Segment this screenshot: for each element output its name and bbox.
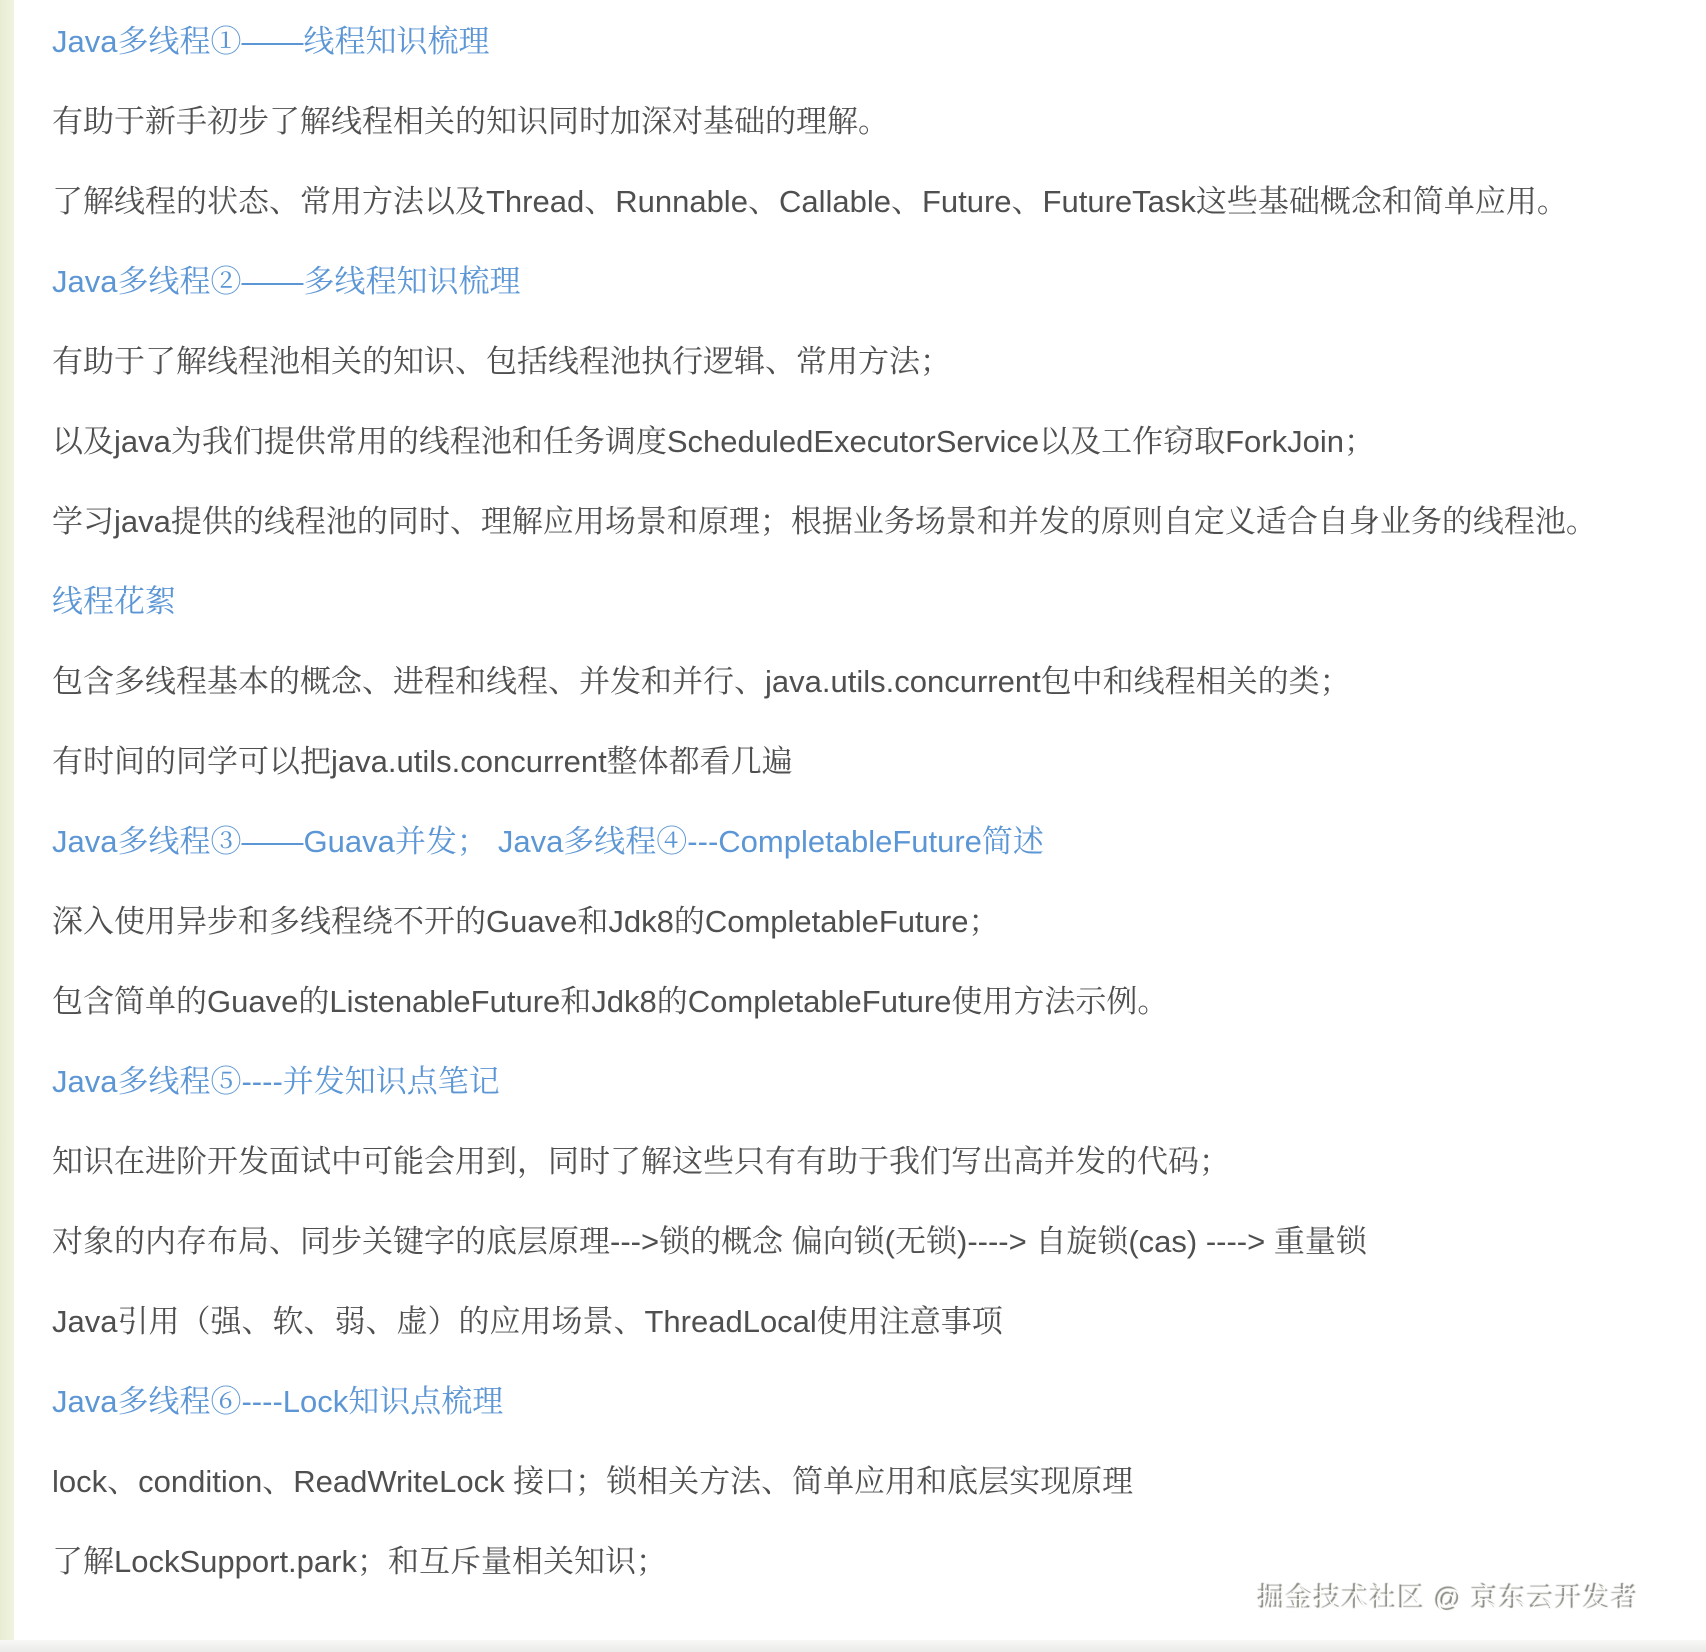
article-line: 了解线程的状态、常用方法以及Thread、Runnable、Callable、F… — [52, 162, 1706, 242]
paragraph-text: 以及java为我们提供常用的线程池和任务调度ScheduledExecutorS… — [52, 424, 1375, 459]
page-edge-bottom-strip — [0, 1640, 1706, 1652]
article-line: Java多线程⑤----并发知识点笔记 — [52, 1042, 1706, 1122]
paragraph-text: 了解LockSupport.park；和互斥量相关知识； — [52, 1544, 667, 1579]
paragraph-text: 包含多线程基本的概念、进程和线程、并发和并行、java.utils.concur… — [52, 664, 1351, 699]
paragraph-text: 有助于了解线程池相关的知识、包括线程池执行逻辑、常用方法； — [52, 344, 951, 379]
article-line: 以及java为我们提供常用的线程池和任务调度ScheduledExecutorS… — [52, 402, 1706, 482]
article-content: Java多线程①——线程知识梳理有助于新手初步了解线程相关的知识同时加深对基础的… — [0, 0, 1706, 1602]
article-line: 有助于了解线程池相关的知识、包括线程池执行逻辑、常用方法； — [52, 322, 1706, 402]
paragraph-text: 学习java提供的线程池的同时、理解应用场景和原理；根据业务场景和并发的原则自定… — [52, 504, 1597, 539]
article-line: 学习java提供的线程池的同时、理解应用场景和原理；根据业务场景和并发的原则自定… — [52, 482, 1706, 562]
article-line: 深入使用异步和多线程绕不开的Guave和Jdk8的CompletableFutu… — [52, 882, 1706, 962]
article-link[interactable]: Java多线程④---CompletableFuture简述 — [498, 824, 1044, 859]
paragraph-text: Java引用（强、软、弱、虚）的应用场景、ThreadLocal使用注意事项 — [52, 1304, 1003, 1339]
paragraph-text: 了解线程的状态、常用方法以及Thread、Runnable、Callable、F… — [52, 184, 1568, 219]
paragraph-text: 有助于新手初步了解线程相关的知识同时加深对基础的理解。 — [52, 104, 889, 139]
article-line: 有助于新手初步了解线程相关的知识同时加深对基础的理解。 — [52, 82, 1706, 162]
article-line: 包含简单的Guave的ListenableFuture和Jdk8的Complet… — [52, 962, 1706, 1042]
paragraph-text: 对象的内存布局、同步关键字的底层原理--->锁的概念 偏向锁(无锁)----> … — [52, 1224, 1367, 1259]
paragraph-text: 深入使用异步和多线程绕不开的Guave和Jdk8的CompletableFutu… — [52, 904, 999, 939]
article-link[interactable]: Java多线程①——线程知识梳理 — [52, 24, 489, 59]
page-root: { "page": { "watermark": "掘金技术社区 @ 京东云开发… — [0, 0, 1706, 1652]
paragraph-text: 包含简单的Guave的ListenableFuture和Jdk8的Complet… — [52, 984, 1168, 1019]
article-line: Java引用（强、软、弱、虚）的应用场景、ThreadLocal使用注意事项 — [52, 1282, 1706, 1362]
article-link[interactable]: Java多线程②——多线程知识梳理 — [52, 264, 520, 299]
article-line: 线程花絮 — [52, 562, 1706, 642]
article-link[interactable]: Java多线程⑤----并发知识点笔记 — [52, 1064, 500, 1099]
article-line: Java多线程②——多线程知识梳理 — [52, 242, 1706, 322]
article-line: 有时间的同学可以把java.utils.concurrent整体都看几遍 — [52, 722, 1706, 802]
article-link[interactable]: Java多线程⑥----Lock知识点梳理 — [52, 1384, 503, 1419]
watermark: 掘金技术社区 @ 京东云开发者 — [1259, 1577, 1640, 1616]
article-line: Java多线程⑥----Lock知识点梳理 — [52, 1362, 1706, 1442]
article-line: 对象的内存布局、同步关键字的底层原理--->锁的概念 偏向锁(无锁)----> … — [52, 1202, 1706, 1282]
paragraph-text: lock、condition、ReadWriteLock 接口；锁相关方法、简单… — [52, 1464, 1133, 1499]
paragraph-text: 知识在进阶开发面试中可能会用到，同时了解这些只有有助于我们写出高并发的代码； — [52, 1144, 1230, 1179]
article-line: Java多线程③——Guava并发；Java多线程④---Completable… — [52, 802, 1706, 882]
article-line: Java多线程①——线程知识梳理 — [52, 2, 1706, 82]
article-link[interactable]: Java多线程③——Guava并发； — [52, 824, 488, 859]
article-link[interactable]: 线程花絮 — [52, 584, 176, 619]
article-line: 知识在进阶开发面试中可能会用到，同时了解这些只有有助于我们写出高并发的代码； — [52, 1122, 1706, 1202]
article-line: 包含多线程基本的概念、进程和线程、并发和并行、java.utils.concur… — [52, 642, 1706, 722]
paragraph-text: 有时间的同学可以把java.utils.concurrent整体都看几遍 — [52, 744, 793, 779]
article-line: lock、condition、ReadWriteLock 接口；锁相关方法、简单… — [52, 1442, 1706, 1522]
